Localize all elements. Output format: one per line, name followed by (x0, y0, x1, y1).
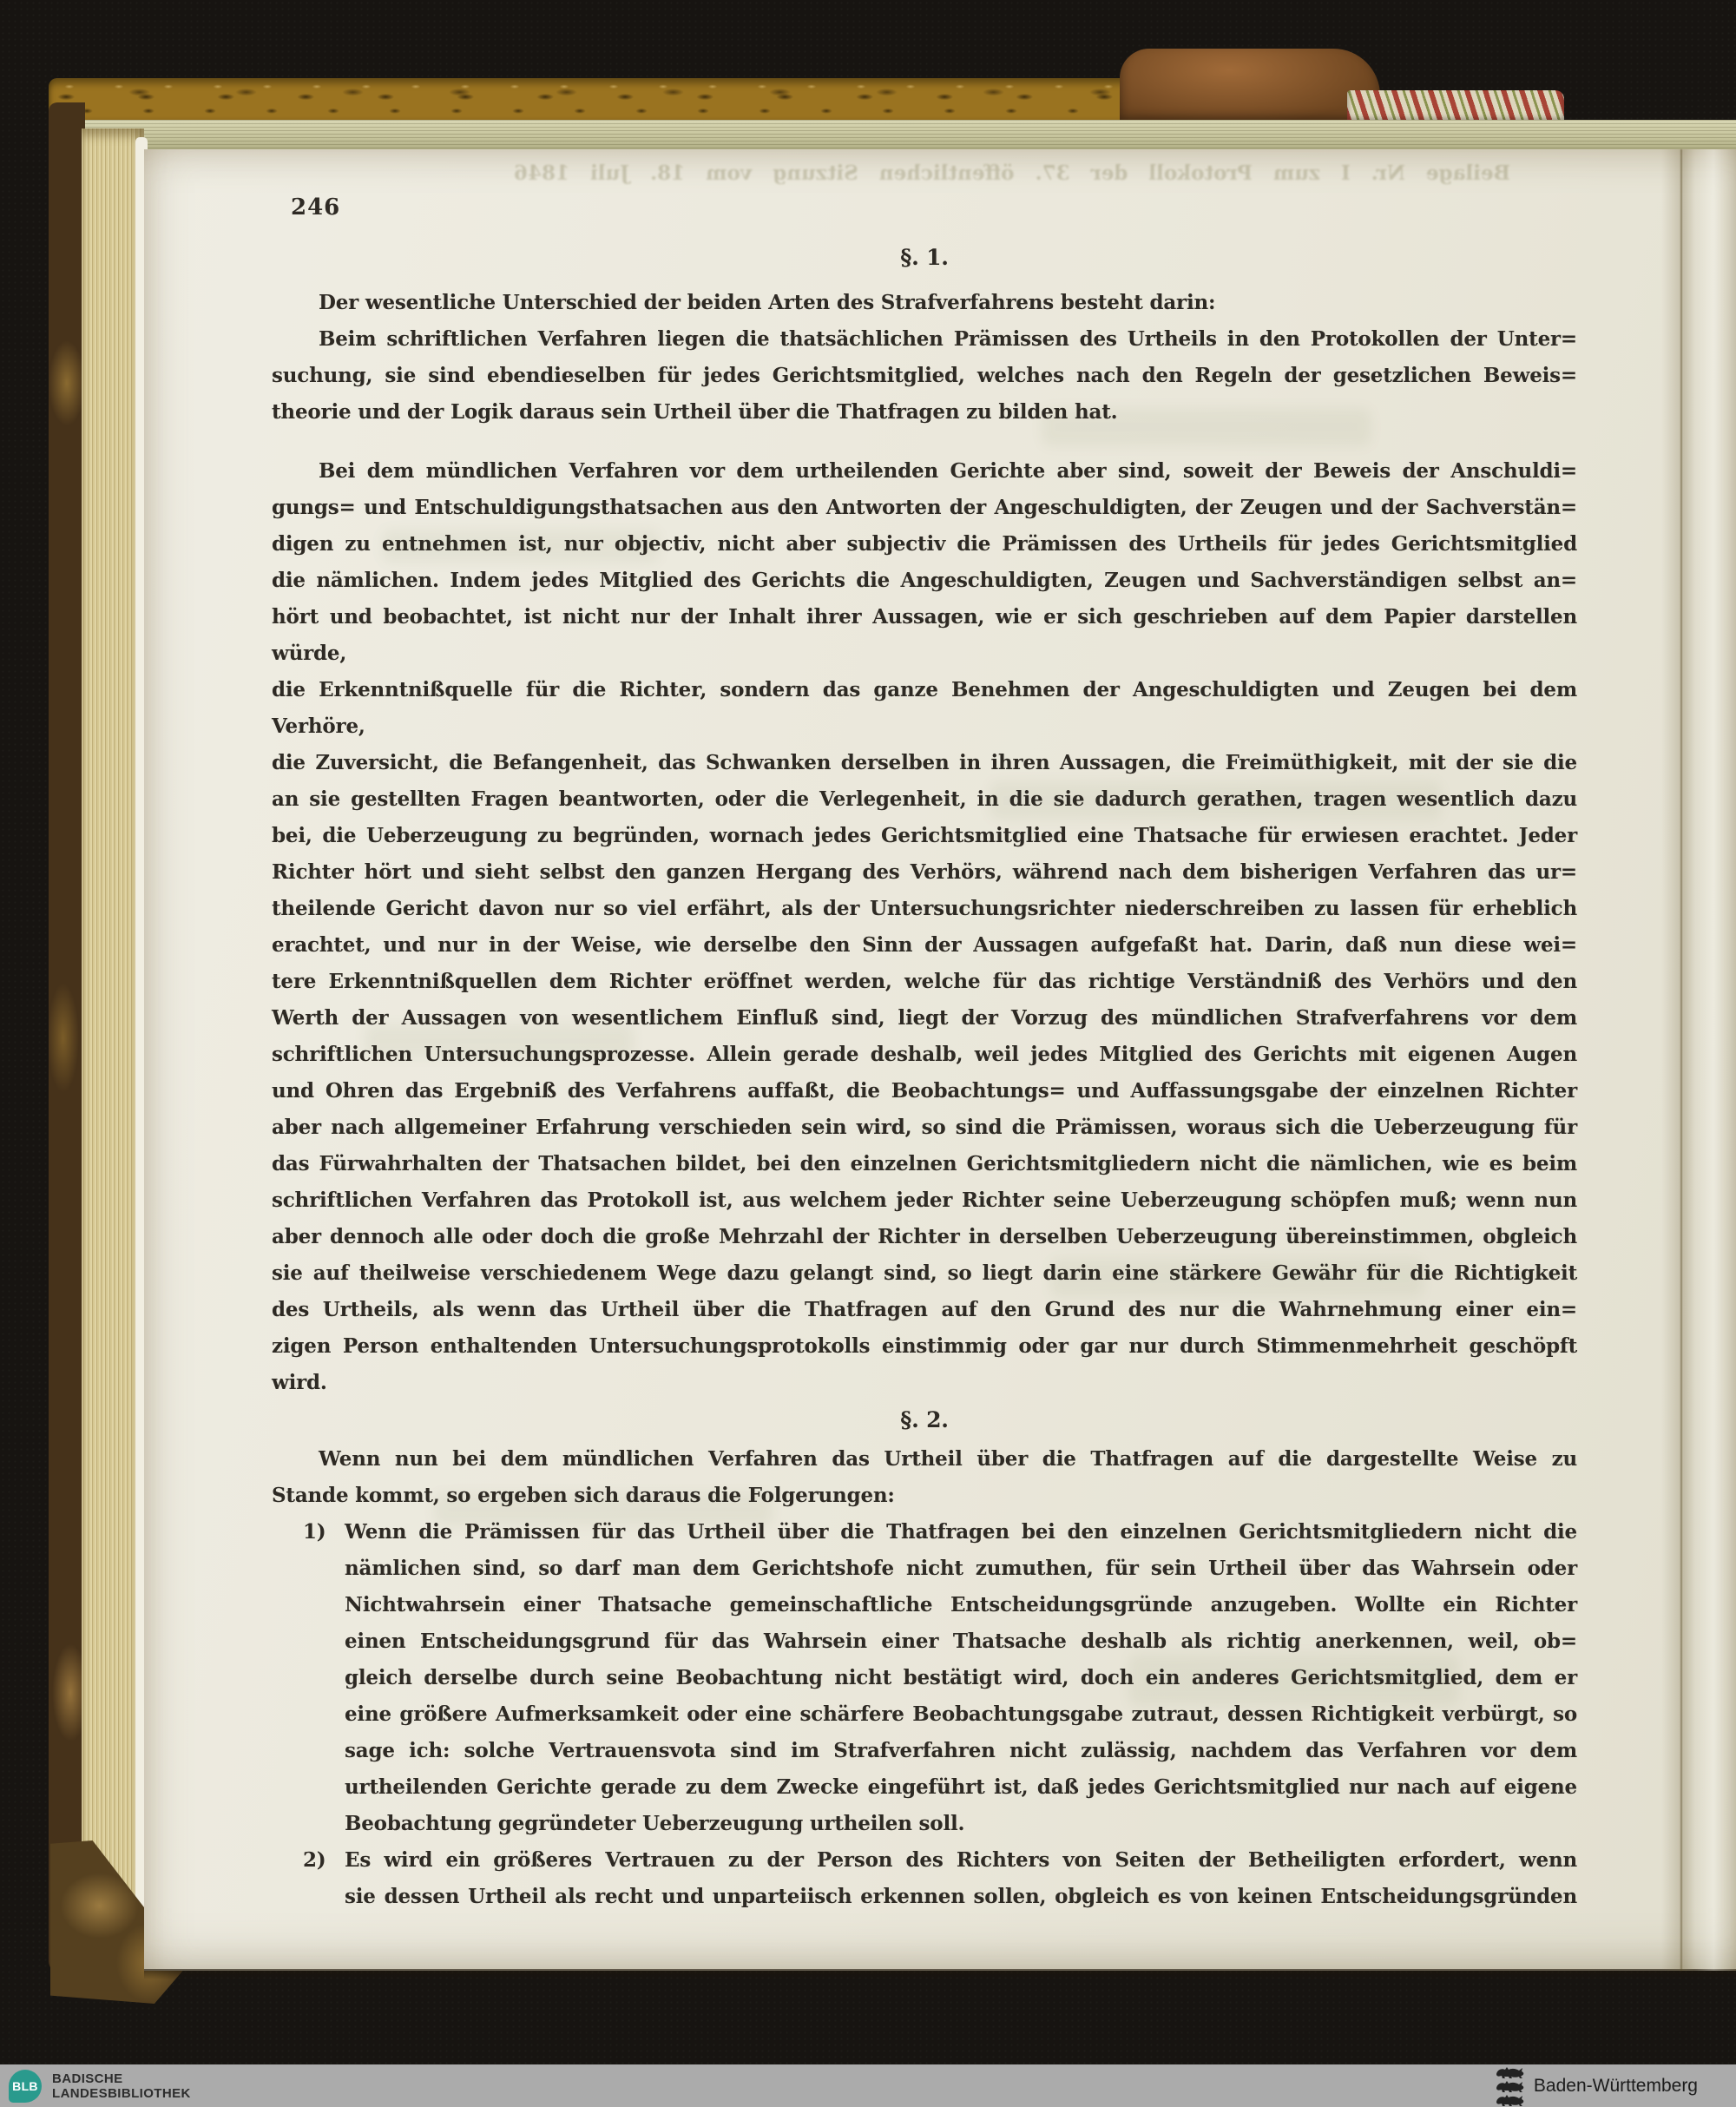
text-line: Werth der Aussagen von wesentlichem Einf… (272, 1000, 1577, 1037)
text-line: urtheilenden Gerichte gerade zu dem Zwec… (345, 1769, 1577, 1806)
text-line: einen Entscheidungsgrund für das Wahrsei… (345, 1623, 1577, 1660)
text-line: Richter hört und sieht selbst den ganzen… (272, 854, 1577, 891)
text-line: eine größere Aufmerksamkeit oder eine sc… (345, 1696, 1577, 1733)
text-line: suchung, sie sind ebendieselben für jede… (272, 358, 1577, 394)
list-item-2: 2) Es wird ein größeres Vertrauen zu der… (272, 1842, 1577, 1915)
list-item-marker: 2) (303, 1842, 326, 1879)
text-line: gungs= und Entschuldigungsthatsachen aus… (272, 490, 1577, 526)
text-line: Wenn die Prämissen für das Urtheil über … (345, 1514, 1577, 1551)
text-line: sage ich: solche Vertrauensvota sind im … (345, 1733, 1577, 1769)
text-line: aber nach allgemeiner Erfahrung verschie… (272, 1109, 1577, 1146)
text-line: hört und beobachtet, ist nicht nur der I… (272, 599, 1577, 672)
text-line: und Ohren das Ergebniß des Verfahrens au… (272, 1073, 1577, 1109)
viewer-footer: BLB BADISCHE LANDESBIBLIOTHEK Baden-Würt… (0, 2064, 1736, 2107)
text-line: schriftlichen Untersuchungsprozesse. All… (272, 1037, 1577, 1073)
text-line: Es wird ein größeres Vertrauen zu der Pe… (345, 1842, 1577, 1879)
blb-logo-text: BLB (12, 2079, 38, 2093)
paragraph-section2: Wenn nun bei dem mündlichen Verfahren da… (272, 1441, 1577, 1514)
text-line: schriftlichen Verfahren das Protokoll is… (272, 1182, 1577, 1219)
text-line: bei, die Ueberzeugung zu begründen, worn… (272, 818, 1577, 854)
footer-state-branding: Baden-Württemberg (1496, 2066, 1698, 2106)
paragraph-written-procedure: Beim schriftlichen Verfahren liegen die … (272, 321, 1577, 431)
text-line: sie dessen Urtheil als recht und unparte… (345, 1879, 1577, 1915)
book-endband (1347, 90, 1564, 123)
blb-logo: BLB (9, 2070, 42, 2103)
text-line: die nämlichen. Indem jedes Mitglied des … (272, 563, 1577, 599)
list-item-marker: 1) (303, 1514, 326, 1551)
list-item-1-text: Wenn die Prämissen für das Urtheil über … (345, 1514, 1577, 1842)
text-line: die Zuversicht, die Befangenheit, das Sc… (272, 745, 1577, 781)
text-line: Beim schriftlichen Verfahren liegen die … (272, 321, 1577, 358)
page-number: 246 (291, 194, 1577, 221)
baden-wuerttemberg-arms-icon (1496, 2066, 1525, 2106)
page-gutter-crease (1680, 149, 1682, 1971)
text-line: Beobachtung gegründeter Ueberzeugung urt… (345, 1806, 1577, 1842)
photo-stage: Beilage Nr. I zum Protokoll der 37. öffe… (0, 0, 1736, 2107)
paragraph-intro: Der wesentliche Unterschied der beiden A… (272, 285, 1577, 321)
text-line: theorie und der Logik daraus sein Urthei… (272, 394, 1577, 431)
text-line: Stande kommt, so ergeben sich daraus die… (272, 1478, 1577, 1514)
book-cover-left-edge (49, 102, 85, 1973)
footer-library-branding: BLB BADISCHE LANDESBIBLIOTHEK (9, 2070, 191, 2103)
page-gutter-shadow (1661, 149, 1736, 1971)
text-line: die Erkenntnißquelle für die Richter, so… (272, 672, 1577, 745)
text-line: sie auf theilweise verschiedenem Wege da… (272, 1255, 1577, 1292)
text-column: 246 §. 1. Der wesentliche Unterschied de… (272, 149, 1577, 1915)
text-line: gleich derselbe durch seine Beobachtung … (345, 1660, 1577, 1696)
text-line: theilende Gericht davon nur so viel erfä… (272, 891, 1577, 927)
text-line: aber dennoch alle oder doch die große Me… (272, 1219, 1577, 1255)
list-item-2-text: Es wird ein größeres Vertrauen zu der Pe… (345, 1842, 1577, 1915)
library-name-line2: LANDESBIBLIOTHEK (52, 2086, 191, 2101)
text-line: Wenn nun bei dem mündlichen Verfahren da… (272, 1441, 1577, 1478)
text-line: Nichtwahrsein einer Thatsache gemeinscha… (345, 1587, 1577, 1623)
text-line: zigen Person enthaltenden Untersuchungsp… (272, 1328, 1577, 1401)
text-line: das Fürwahrhalten der Thatsachen bildet,… (272, 1146, 1577, 1182)
paragraph-oral-procedure: Bei dem mündlichen Verfahren vor dem urt… (272, 453, 1577, 1401)
book-page-edges-top (68, 120, 1736, 151)
text-line: des Urtheils, als wenn das Urtheil über … (272, 1292, 1577, 1328)
text-line: an sie gestellten Fragen beantworten, od… (272, 781, 1577, 818)
text-line: Der wesentliche Unterschied der beiden A… (272, 285, 1577, 321)
section-heading-1: §. 1. (272, 243, 1577, 273)
page-bottom-shadow (144, 1969, 1736, 1979)
book-spine-leather-corner (1120, 49, 1380, 125)
section-heading-2: §. 2. (272, 1405, 1577, 1436)
library-name: BADISCHE LANDESBIBLIOTHEK (52, 2071, 191, 2101)
library-name-line1: BADISCHE (52, 2071, 191, 2086)
text-line: erachtet, und nur in der Weise, wie ders… (272, 927, 1577, 964)
text-line: tere Erkenntnißquellen dem Richter eröff… (272, 964, 1577, 1000)
text-line: digen zu entnehmen ist, nur objectiv, ni… (272, 526, 1577, 563)
list-item-1: 1) Wenn die Prämissen für das Urtheil üb… (272, 1514, 1577, 1842)
state-label: Baden-Württemberg (1534, 2076, 1698, 2097)
text-line: Bei dem mündlichen Verfahren vor dem urt… (272, 453, 1577, 490)
text-line: nämlichen sind, so darf man dem Gerichts… (345, 1551, 1577, 1587)
